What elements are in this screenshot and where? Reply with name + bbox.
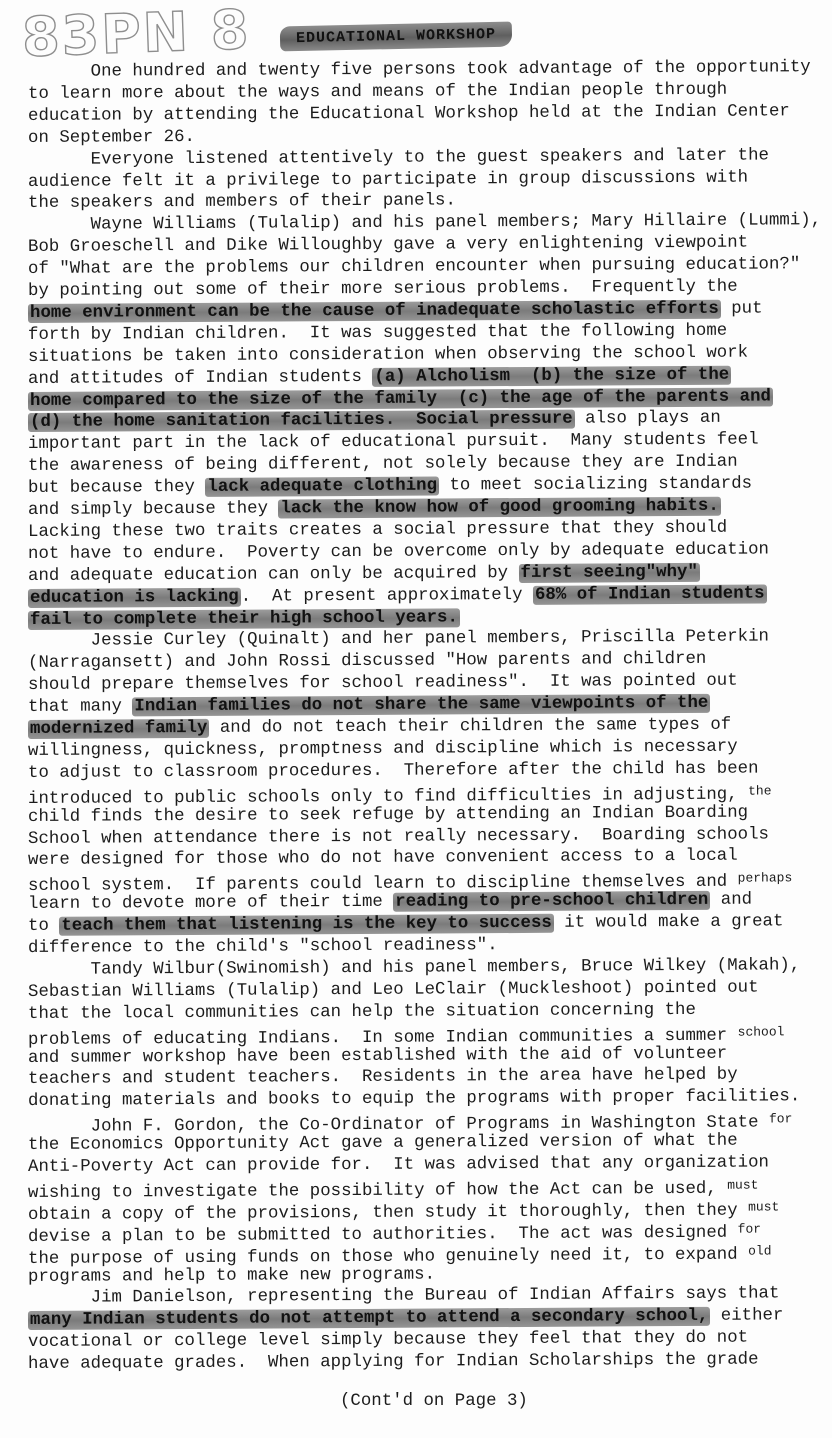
text-line: audience felt it a privilege to particip… bbox=[28, 167, 748, 193]
text-segment: not have to endure. Poverty can be overc… bbox=[28, 540, 769, 564]
margin-overflow-text: school bbox=[738, 1024, 785, 1039]
stamp-mark: 83PN 8 bbox=[21, 0, 251, 69]
text-segment: and summer workshop have been establishe… bbox=[28, 1044, 727, 1067]
margin-overflow-text: perhaps bbox=[738, 871, 793, 886]
text-segment: vocational or college level simply becau… bbox=[28, 1329, 748, 1352]
text-line: education by attending the Educational W… bbox=[28, 101, 790, 128]
text-segment: by pointing out some of their more serio… bbox=[28, 278, 738, 301]
text-segment: should prepare themselves for school rea… bbox=[28, 672, 738, 695]
text-segment: . At present approximately bbox=[241, 586, 533, 607]
text-segment: have adequate grades. When applying for … bbox=[28, 1351, 759, 1374]
highlighted-text: 68% of Indian students bbox=[533, 584, 767, 604]
text-segment: that many bbox=[28, 697, 132, 717]
text-segment: Everyone listened attentively to the gue… bbox=[28, 146, 769, 170]
text-segment: situations be taken into consideration w… bbox=[28, 343, 748, 366]
text-segment: to meet socializing standards bbox=[439, 475, 752, 496]
highlighted-text: lack adequate clothing bbox=[205, 477, 439, 497]
document-page: 83PN 8 EDUCATIONAL WORKSHOP One hundred … bbox=[0, 0, 832, 1438]
margin-overflow-text: for bbox=[769, 1112, 792, 1127]
text-line: have adequate grades. When applying for … bbox=[28, 1350, 759, 1376]
highlighted-text: education is lacking bbox=[28, 587, 241, 607]
text-segment: audience felt it a privilege to particip… bbox=[28, 168, 748, 191]
text-segment: One hundred and twenty five persons took… bbox=[28, 58, 811, 82]
text-segment: forth by Indian children. It was suggest… bbox=[28, 322, 727, 345]
text-segment: Jim Danielson, representing the Bureau o… bbox=[28, 1285, 780, 1309]
highlighted-text: fail to complete their high school years… bbox=[28, 608, 460, 630]
margin-overflow-text: must bbox=[748, 1199, 779, 1214]
text-segment: that the local communities can help the … bbox=[28, 1001, 696, 1024]
text-segment: of "What are the problems our children e… bbox=[28, 255, 800, 279]
text-line: on September 26. bbox=[28, 127, 195, 150]
highlighted-text: lack the know how of good grooming habit… bbox=[278, 497, 720, 519]
text-segment: the awareness of being different, not so… bbox=[28, 453, 738, 476]
text-segment: (Narragansett) and John Rossi discussed … bbox=[28, 650, 706, 673]
text-segment: teachers and student teachers. Residents… bbox=[28, 1066, 738, 1089]
text-line: the speakers and members of their panels… bbox=[28, 191, 456, 216]
highlighted-text: Indian families do not share the same vi… bbox=[132, 694, 710, 717]
text-segment: to adjust to classroom procedures. There… bbox=[28, 759, 759, 782]
text-segment: programs and help to make new programs. bbox=[28, 1265, 435, 1286]
text-line: education is lacking. At present approxi… bbox=[28, 583, 767, 610]
text-segment: donating materials and books to equip th… bbox=[28, 1088, 800, 1112]
text-segment: and bbox=[710, 891, 752, 910]
text-segment: and adequate education can only be acqui… bbox=[28, 564, 519, 586]
margin-overflow-text: old bbox=[748, 1243, 771, 1258]
text-segment: Jessie Curley (Quinalt) and her panel me… bbox=[28, 628, 769, 652]
text-segment: and do not teach their children the same… bbox=[209, 716, 731, 738]
text-segment: School when attendance there is not real… bbox=[28, 825, 769, 849]
highlighted-text: first seeing"why" bbox=[518, 563, 700, 583]
highlighted-text: home environment can be the cause of ina… bbox=[28, 300, 721, 323]
text-segment: Bob Groeschell and Dike Willoughby gave … bbox=[28, 234, 748, 257]
text-segment: important part in the lack of educationa… bbox=[28, 431, 759, 454]
text-segment: but because they bbox=[28, 478, 206, 498]
highlighted-text: home compared to the size of the family … bbox=[28, 387, 773, 411]
text-segment: the speakers and members of their panels… bbox=[28, 192, 456, 214]
text-segment: either bbox=[710, 1307, 783, 1326]
text-line: programs and help to make new programs. bbox=[28, 1264, 435, 1288]
text-segment: on September 26. bbox=[28, 128, 195, 148]
text-segment: education by attending the Educational W… bbox=[28, 102, 790, 126]
text-segment: Sebastian Williams (Tulalip) and Leo LeC… bbox=[28, 978, 759, 1001]
margin-overflow-text: must bbox=[727, 1177, 758, 1192]
text-segment: Wayne Williams (Tulalip) and his panel m… bbox=[28, 211, 821, 235]
text-segment: Anti-Poverty Act can provide for. It was… bbox=[28, 1153, 769, 1177]
text-segment: to learn more about the ways and means o… bbox=[28, 81, 727, 104]
highlighted-text: many Indian students do not attempt to a… bbox=[28, 1307, 710, 1330]
text-segment: to bbox=[28, 917, 59, 936]
highlighted-text: modernized family bbox=[28, 719, 210, 739]
margin-overflow-text: the bbox=[748, 783, 771, 798]
margin-overflow-text: for bbox=[738, 1221, 761, 1236]
text-segment: child finds the desire to seek refuge by… bbox=[28, 803, 748, 826]
text-line: to teach them that listening is the key … bbox=[28, 911, 784, 938]
highlighted-text: reading to pre-school children bbox=[393, 891, 710, 912]
continued-note: (Cont'd on Page 3) bbox=[340, 1392, 528, 1411]
text-segment: willingness, quickness, promptness and d… bbox=[28, 738, 738, 761]
highlighted-text: (d) the home sanitation facilities. Soci… bbox=[28, 410, 575, 432]
text-segment: Lacking these two traits creates a socia… bbox=[28, 519, 727, 542]
highlighted-text: teach them that listening is the key to … bbox=[59, 914, 554, 936]
text-segment: and attitudes of Indian students bbox=[28, 367, 373, 388]
document-title: EDUCATIONAL WORKSHOP bbox=[280, 22, 513, 52]
text-segment: the Economics Opportunity Act gave a gen… bbox=[28, 1132, 738, 1155]
text-segment: Tandy Wilbur(Swinomish) and his panel me… bbox=[28, 956, 800, 980]
text-segment: learn to devote more of their time bbox=[28, 893, 393, 914]
highlighted-text: (a) Alcholism (b) the size of the bbox=[372, 365, 731, 386]
text-line: difference to the child's "school readin… bbox=[28, 935, 498, 960]
text-segment: difference to the child's "school readin… bbox=[28, 936, 498, 958]
text-segment: put bbox=[721, 299, 763, 318]
text-segment: were designed for those who do not have … bbox=[28, 847, 738, 870]
text-segment: it would make a great bbox=[554, 912, 784, 932]
text-segment: and simply because they bbox=[28, 499, 279, 520]
text-segment: also plays an bbox=[575, 409, 721, 429]
